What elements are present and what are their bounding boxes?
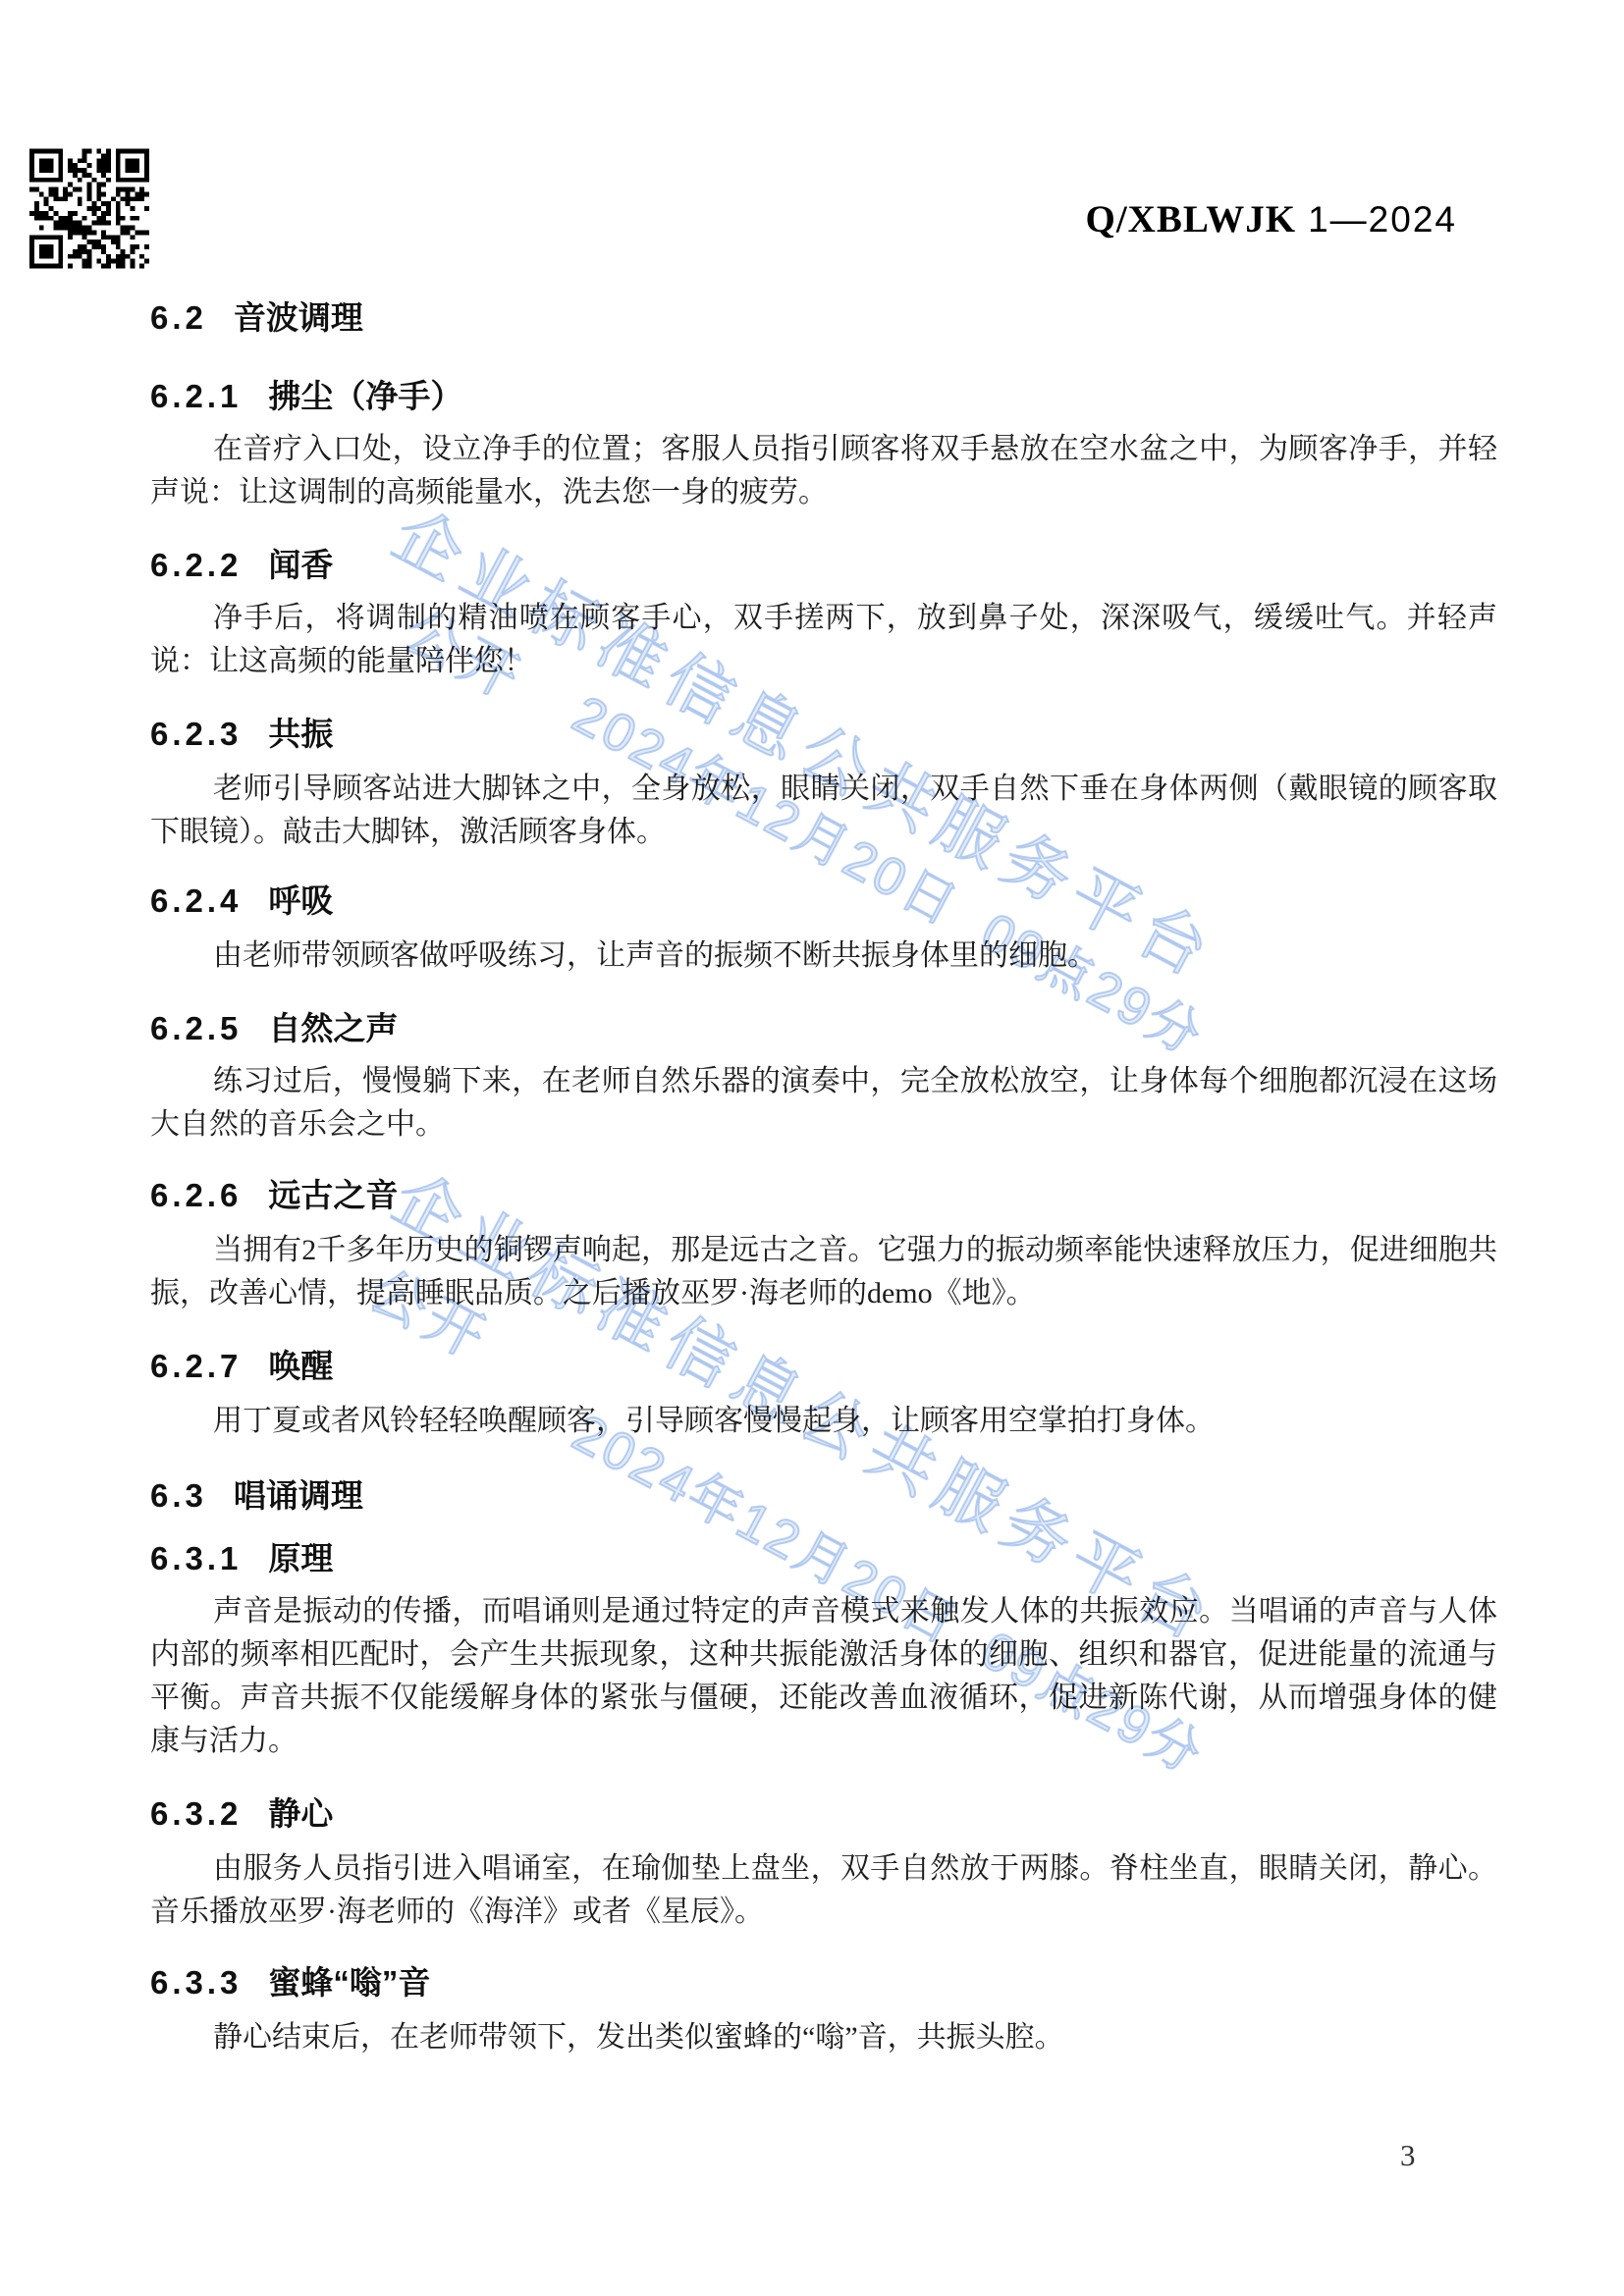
paragraph: 由老师带领顾客做呼吸练习，让声音的振频不断共振身体里的细胞。: [150, 934, 1497, 978]
paragraph: 静心结束后，在老师带领下，发出类似蜜蜂的“嗡”音，共振头腔。: [150, 2016, 1497, 2059]
page-number: 3: [1400, 2138, 1416, 2173]
section-number: 6.3.1: [150, 1540, 242, 1576]
section-heading-6-2-6: 6.2.6远古之音: [150, 1176, 398, 1215]
section-number: 6.2.6: [150, 1177, 242, 1213]
section-heading-6-2-7: 6.2.7唤醒: [150, 1347, 333, 1386]
paragraph: 在音疗入口处，设立净手的位置；客服人员指引顾客将双手悬放在空水盆之中，为顾客净手…: [150, 428, 1497, 514]
watermark-platform-text: 企业标准信息公共服务平台: [379, 483, 1235, 998]
section-number: 6.2: [150, 299, 207, 336]
section-number: 6.2.4: [150, 882, 242, 919]
section-heading-6-3-2: 6.3.2静心: [150, 1794, 333, 1834]
section-heading-6-2-5: 6.2.5自然之声: [150, 1009, 398, 1048]
section-number: 6.2.1: [150, 378, 242, 414]
section-heading-6-2-3: 6.2.3共振: [150, 715, 333, 754]
qr-code: [29, 144, 149, 273]
section-heading-6-2-4: 6.2.4呼吸: [150, 881, 333, 921]
section-title: 唤醒: [268, 1348, 333, 1384]
paragraph: 老师引导顾客站进大脚钵之中，全身放松，眼睛关闭，双手自然下垂在身体两侧（戴眼镜的…: [150, 768, 1497, 854]
paragraph: 当拥有2千多年历史的铜锣声响起，那是远古之音。它强力的振动频率能快速释放压力，促…: [150, 1229, 1497, 1315]
standard-code: Q/XBLWJK1—2024: [1085, 197, 1457, 241]
section-number: 6.3: [150, 1477, 207, 1514]
section-title: 静心: [268, 1795, 333, 1832]
standard-code-suffix: 1—2024: [1308, 199, 1457, 240]
section-title: 呼吸: [268, 882, 333, 919]
section-heading-6-2: 6.2音波调理: [150, 298, 363, 338]
watermark-datetime-text: 2024年12月20日 09点29分: [562, 673, 1219, 1071]
section-heading-6-2-1: 6.2.1拂尘（净手）: [150, 377, 462, 416]
section-title: 自然之声: [268, 1010, 398, 1046]
section-number: 6.3.2: [150, 1795, 242, 1832]
section-title: 闻香: [268, 547, 333, 583]
section-title: 唱诵调理: [234, 1477, 363, 1514]
section-number: 6.2.3: [150, 716, 242, 752]
section-heading-6-3: 6.3唱诵调理: [150, 1476, 363, 1516]
section-title: 拂尘（净手）: [268, 378, 462, 414]
section-number: 6.3.3: [150, 1964, 242, 2001]
section-number: 6.2.2: [150, 547, 242, 583]
section-title: 音波调理: [234, 299, 363, 336]
paragraph: 练习过后，慢慢躺下来，在老师自然乐器的演奏中，完全放松放空，让身体每个细胞都沉浸…: [150, 1060, 1497, 1147]
section-title: 远古之音: [268, 1177, 398, 1213]
section-heading-6-2-2: 6.2.2闻香: [150, 546, 333, 585]
section-title: 蜜蜂“嗡”音: [268, 1964, 430, 2001]
paragraph: 声音是振动的传播，而唱诵则是通过特定的声音模式来触发人体的共振效应。当唱诵的声音…: [150, 1590, 1497, 1763]
paragraph: 净手后，将调制的精油喷在顾客手心，双手搓两下，放到鼻子处，深深吸气，缓缓吐气。并…: [150, 597, 1497, 683]
paragraph: 由服务人员指引进入唱诵室，在瑜伽垫上盘坐，双手自然放于两膝。脊柱坐直，眼睛关闭，…: [150, 1847, 1497, 1934]
section-heading-6-3-1: 6.3.1原理: [150, 1539, 333, 1578]
paragraph: 用丁夏或者风铃轻轻唤醒顾客，引导顾客慢慢起身，让顾客用空掌拍打身体。: [150, 1400, 1497, 1443]
section-number: 6.2.5: [150, 1010, 242, 1046]
section-number: 6.2.7: [150, 1348, 242, 1384]
section-heading-6-3-3: 6.3.3蜜蜂“嗡”音: [150, 1963, 430, 2002]
section-title: 原理: [268, 1540, 333, 1576]
section-title: 共振: [268, 716, 333, 752]
document-page: Q/XBLWJK1—2024 企业标准信息公共服务平台 公开 2024年12月2…: [0, 0, 1624, 2296]
standard-code-prefix: Q/XBLWJK: [1085, 198, 1296, 240]
